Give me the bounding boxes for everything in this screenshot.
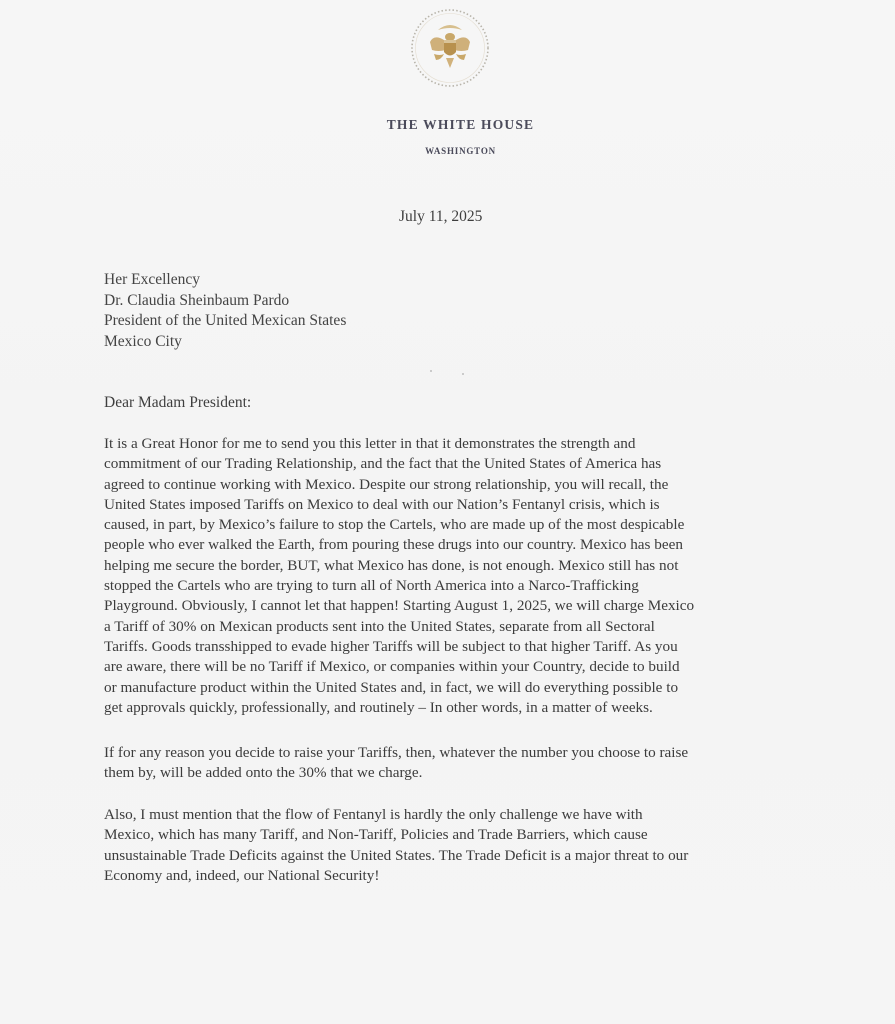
salutation: Dear Madam President:	[104, 394, 251, 412]
letterhead-subtitle: WASHINGTON	[0, 146, 895, 156]
text-line: unsustainable Trade Deficits against the…	[104, 846, 804, 866]
recipient-address: Her Excellency Dr. Claudia Sheinbaum Par…	[104, 270, 346, 352]
text-line: helping me secure the border, BUT, what …	[104, 556, 804, 576]
text-line: stopped the Cartels who are trying to tu…	[104, 576, 804, 596]
text-line: Tariffs. Goods transshipped to evade hig…	[104, 637, 804, 657]
presidential-seal-icon	[408, 6, 492, 90]
text-line: It is a Great Honor for me to send you t…	[104, 434, 804, 454]
text-line: If for any reason you decide to raise yo…	[104, 743, 804, 763]
text-line: commitment of our Trading Relationship, …	[104, 454, 804, 474]
recipient-line: Mexico City	[104, 332, 346, 353]
letterhead-title: THE WHITE HOUSE	[0, 117, 895, 133]
text-line: Also, I must mention that the flow of Fe…	[104, 805, 804, 825]
text-line: Playground. Obviously, I cannot let that…	[104, 596, 804, 616]
recipient-line: President of the United Mexican States	[104, 311, 346, 332]
body-paragraph-2: If for any reason you decide to raise yo…	[104, 743, 804, 784]
letter-page: THE WHITE HOUSE WASHINGTON July 11, 2025…	[0, 0, 895, 1024]
body-paragraph-1: It is a Great Honor for me to send you t…	[104, 434, 804, 718]
text-line: caused, in part, by Mexico’s failure to …	[104, 515, 804, 535]
text-line: get approvals quickly, professionally, a…	[104, 698, 804, 718]
paper-speck	[430, 370, 432, 372]
text-line: Economy and, indeed, our National Securi…	[104, 866, 804, 886]
text-line: a Tariff of 30% on Mexican products sent…	[104, 617, 804, 637]
paper-speck	[462, 373, 464, 375]
text-line: agreed to continue working with Mexico. …	[104, 475, 804, 495]
recipient-line: Dr. Claudia Sheinbaum Pardo	[104, 291, 346, 312]
text-line: United States imposed Tariffs on Mexico …	[104, 495, 804, 515]
text-line: or manufacture product within the United…	[104, 678, 804, 698]
text-line: Mexico, which has many Tariff, and Non-T…	[104, 825, 804, 845]
letter-date: July 11, 2025	[399, 208, 482, 226]
recipient-line: Her Excellency	[104, 270, 346, 291]
body-paragraph-3: Also, I must mention that the flow of Fe…	[104, 805, 804, 886]
text-line: are aware, there will be no Tariff if Me…	[104, 657, 804, 677]
text-line: people who ever walked the Earth, from p…	[104, 535, 804, 555]
text-line: them by, will be added onto the 30% that…	[104, 763, 804, 783]
